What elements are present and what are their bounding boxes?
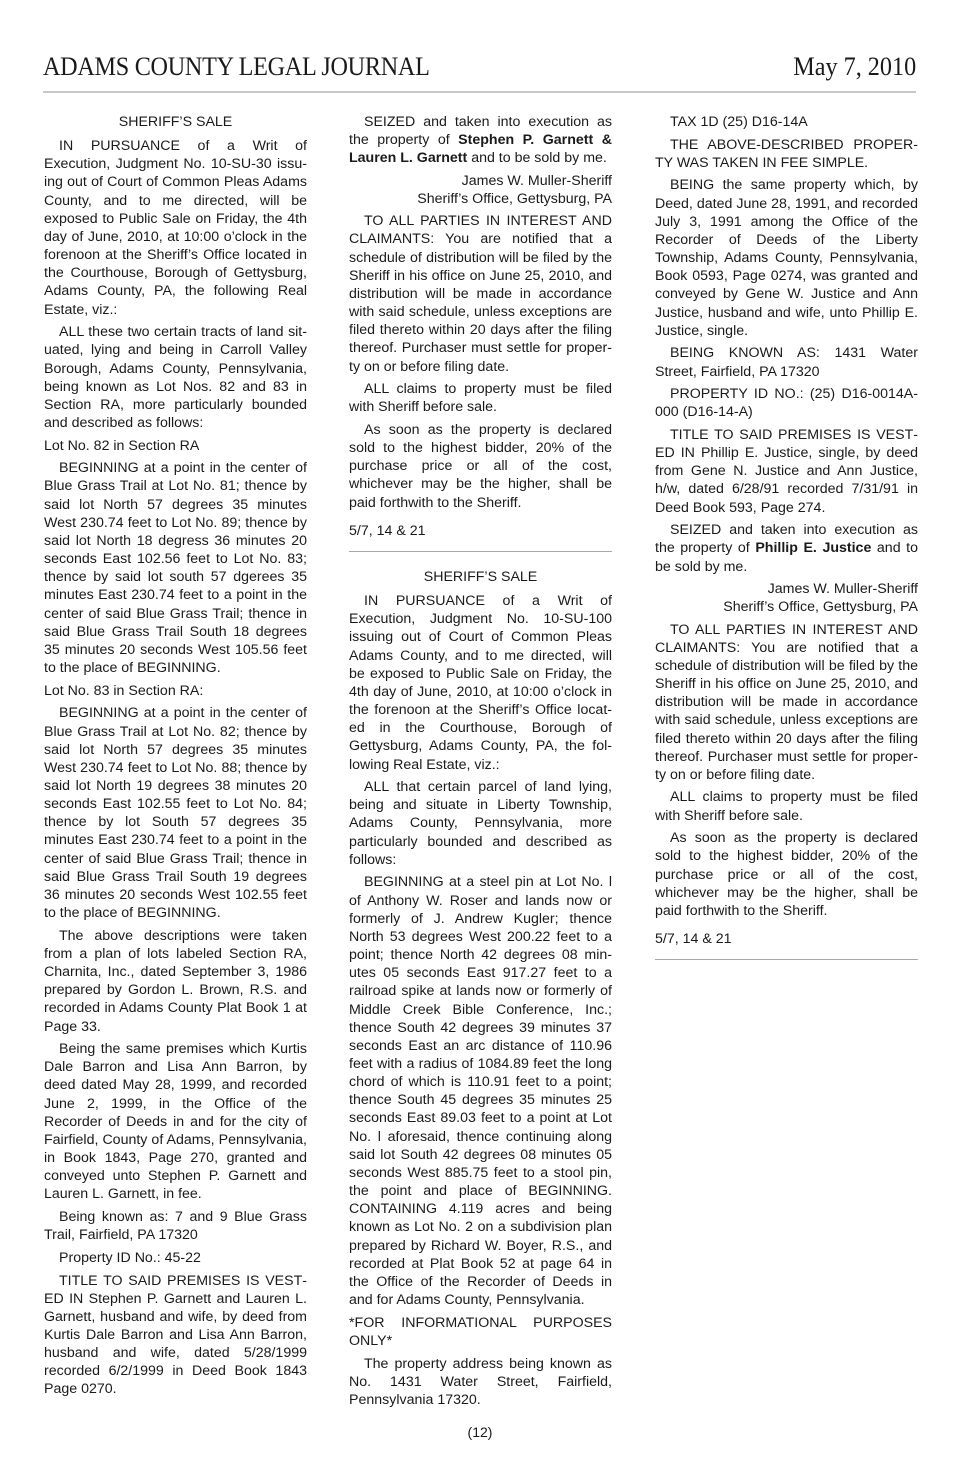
notice-2-parcel: ALL that certain parcel of land lying, b…	[349, 778, 612, 869]
column-2: SEIZED and taken into execution as the p…	[349, 113, 612, 1413]
notice-1-tracts: ALL these two certain tracts of land sit…	[44, 323, 307, 432]
notice-2-pursuance: IN PURSUANCE of a Writ of Execution, Jud…	[349, 592, 612, 774]
notice-1-seized: SEIZED and taken into execution as the p…	[349, 113, 612, 167]
notice-1-property-id: Property ID No.: 45-22	[44, 1249, 307, 1267]
notice-2-signature: James W. Muller-Sheriff Sheriff’s Office…	[655, 580, 918, 616]
lot-83-label: Lot No. 83 in Section RA:	[44, 682, 307, 700]
notice-2-known-as: BEING KNOWN AS: 1431 Water Street, Fairf…	[655, 344, 918, 380]
notice-2-property-id: PROPERTY ID NO.: (25) D16-0014A-000 (D16…	[655, 385, 918, 421]
sheriff-name: James W. Muller-Sheriff	[655, 580, 918, 598]
seized-owner: Phillip E. Justice	[755, 540, 871, 556]
notice-1-heading: SHERIFF’S SALE	[44, 113, 307, 131]
lot-82-description: BEGINNING at a point in the center of Bl…	[44, 459, 307, 677]
journal-title: ADAMS COUNTY LEGAL JOURNAL	[43, 52, 430, 82]
notice-2-heading: SHERIFF’S SALE	[349, 568, 612, 586]
notice-1-payment: As soon as the property is declared sold…	[349, 421, 612, 512]
sheriff-name: James W. Muller-Sheriff	[349, 172, 612, 190]
notice-2-title-vested: TITLE TO SAID PREMISES IS VEST­ED IN Phi…	[655, 426, 918, 517]
notice-2-beginning: BEGINNING at a steel pin at Lot No. l of…	[349, 873, 612, 1309]
notice-1-same-premises: Being the same premises which Kurtis Dal…	[44, 1040, 307, 1203]
notice-1-pursuance: IN PURSUANCE of a Writ of Execution, Jud…	[44, 137, 307, 319]
notice-2-seized: SEIZED and taken into execution as the p…	[655, 521, 918, 575]
notice-2-being-same: BEING the same property which, by Deed, …	[655, 176, 918, 339]
notice-1-known-as: Being known as: 7 and 9 Blue Grass Trail…	[44, 1208, 307, 1244]
notice-1-title-vested: TITLE TO SAID PREMISES IS VEST­ED IN Ste…	[44, 1272, 307, 1399]
notice-2-parties-notice: TO ALL PARTIES IN INTEREST AND CLAIMANTS…	[655, 621, 918, 784]
lot-82-label: Lot No. 82 in Section RA	[44, 437, 307, 455]
notice-2-fee-simple: THE ABOVE-DESCRIBED PROPER­TY WAS TAKEN …	[655, 136, 918, 172]
notice-2-informational: *FOR INFORMATIONAL PURPOSES ONLY*	[349, 1314, 612, 1350]
page-header: ADAMS COUNTY LEGAL JOURNAL May 7, 2010	[43, 52, 916, 92]
page-number: (12)	[0, 1424, 960, 1440]
notice-2-publication-dates: 5/7, 14 & 21	[655, 930, 918, 948]
notice-1-claims: ALL claims to property must be filed wit…	[349, 380, 612, 416]
lot-83-description: BEGINNING at a point in the center of Bl…	[44, 704, 307, 922]
notice-2-claims: ALL claims to property must be filed wit…	[655, 788, 918, 824]
notice-2-tax-id: TAX 1D (25) D16-14A	[655, 113, 918, 131]
notice-2-payment: As soon as the property is declared sold…	[655, 829, 918, 920]
notice-end-divider	[655, 959, 918, 960]
sheriff-office: Sheriff’s Office, Gettysburg, PA	[349, 190, 612, 208]
column-1: SHERIFF’S SALE IN PURSUANCE of a Writ of…	[44, 113, 307, 1403]
seized-suffix: and to be sold by me.	[467, 150, 607, 166]
column-3: TAX 1D (25) D16-14A THE ABOVE-DESCRIBED …	[655, 113, 918, 976]
header-divider	[43, 91, 916, 93]
notice-2-address: The property address being known as No. …	[349, 1355, 612, 1409]
notice-1-signature: James W. Muller-Sheriff Sheriff’s Office…	[349, 172, 612, 208]
notice-divider	[349, 551, 612, 552]
notice-1-plan-note: The above descriptions were taken from a…	[44, 927, 307, 1036]
issue-date: May 7, 2010	[793, 52, 916, 82]
sheriff-office: Sheriff’s Office, Gettysburg, PA	[655, 598, 918, 616]
notice-1-parties-notice: TO ALL PARTIES IN INTEREST AND CLAIMANTS…	[349, 212, 612, 375]
notice-1-publication-dates: 5/7, 14 & 21	[349, 522, 612, 540]
